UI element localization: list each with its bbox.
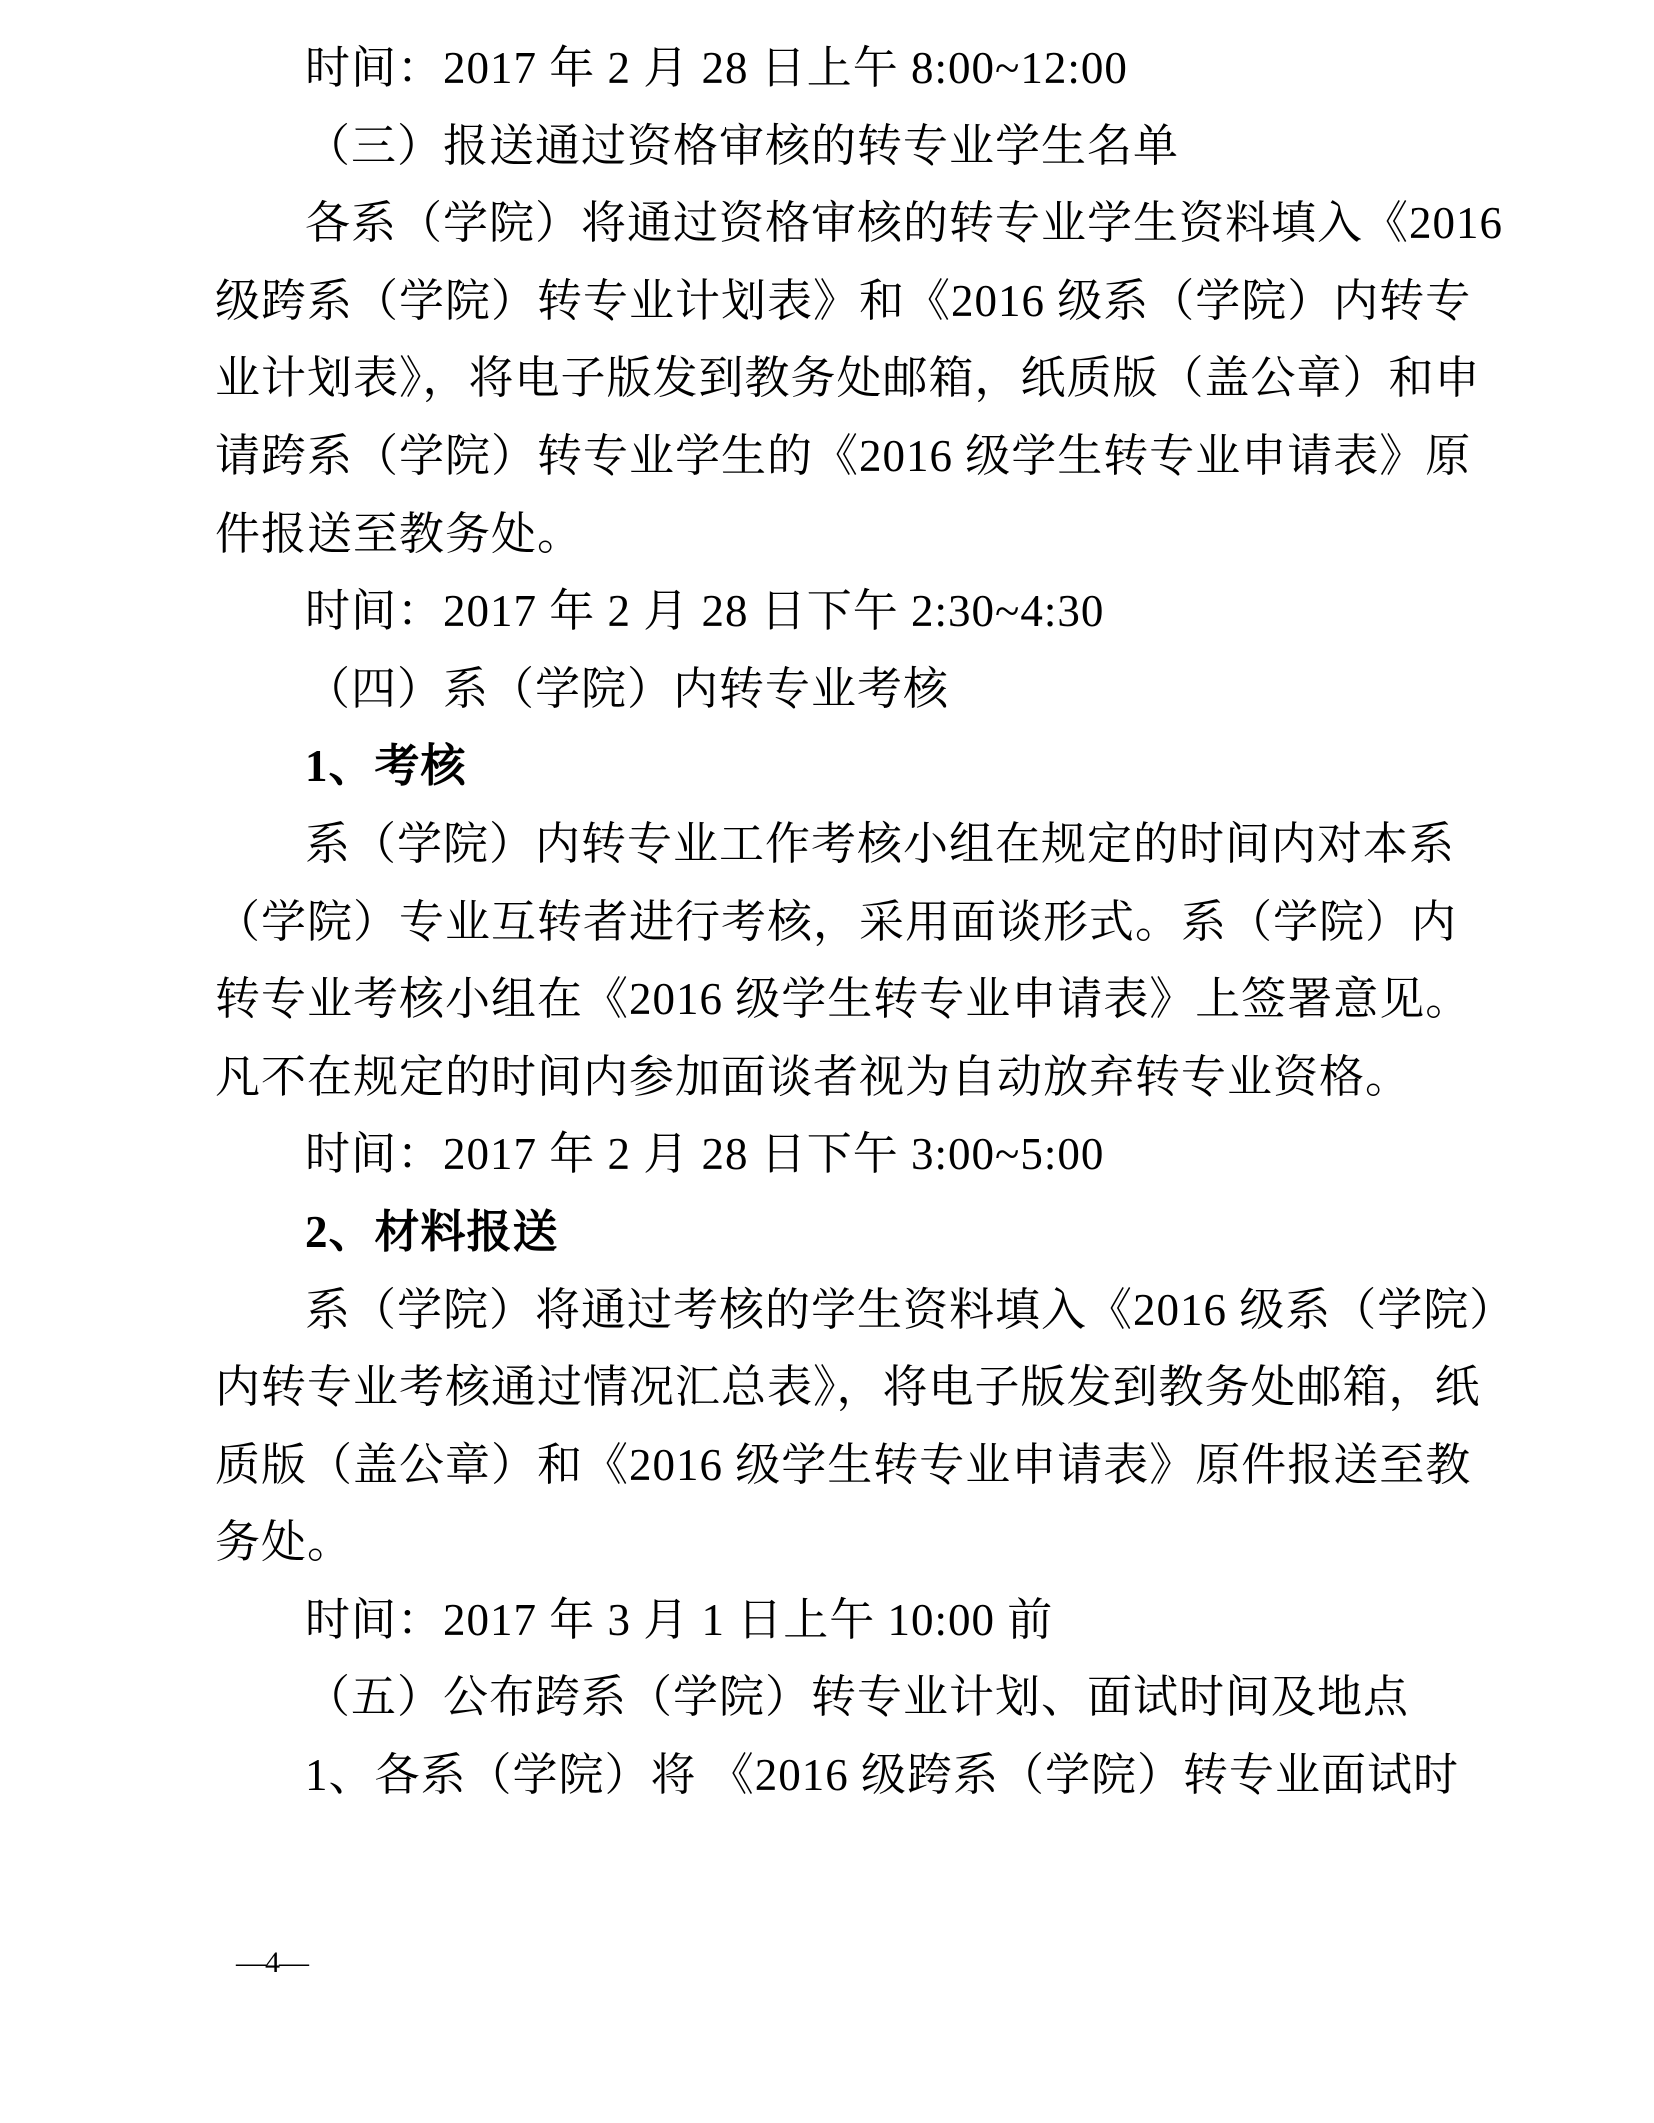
paragraph-line: 件报送至教务处。 — [215, 496, 1430, 574]
heading-section-four: （四）系（学院）内转专业考核 — [215, 651, 1430, 729]
time-line-qualification-review: 时间：2017 年 2 月 28 日上午 8:00~12:00 — [215, 30, 1430, 108]
paragraph-line: 质版（盖公章）和《2016 级学生转专业申请表》原件报送至教 — [215, 1427, 1430, 1505]
paragraph-line: 业计划表》，将电子版发到教务处邮箱，纸质版（盖公章）和申 — [215, 340, 1430, 418]
paragraph-line: （学院）专业互转者进行考核，采用面谈形式。系（学院）内 — [215, 884, 1430, 962]
paragraph-line: 系（学院）将通过考核的学生资料填入《2016 级系（学院） — [215, 1272, 1430, 1350]
paragraph-line: 系（学院）内转专业工作考核小组在规定的时间内对本系 — [215, 806, 1430, 884]
paragraph-line: 1、各系（学院）将 《2016 级跨系（学院）转专业面试时 — [215, 1737, 1430, 1815]
page-number: —4— — [236, 1943, 308, 1983]
heading-item-assessment: 1、考核 — [215, 728, 1430, 806]
heading-item-material-submission: 2、材料报送 — [215, 1194, 1430, 1272]
time-line-name-list-submission: 时间：2017 年 2 月 28 日下午 2:30~4:30 — [215, 573, 1430, 651]
paragraph-line: 务处。 — [215, 1504, 1430, 1582]
paragraph-line: 转专业考核小组在《2016 级学生转专业申请表》上签署意见。 — [215, 961, 1430, 1039]
document-body: 时间：2017 年 2 月 28 日上午 8:00~12:00 （三）报送通过资… — [215, 30, 1430, 1815]
paragraph-line: 内转专业考核通过情况汇总表》，将电子版发到教务处邮箱，纸 — [215, 1349, 1430, 1427]
time-line-deadline: 时间：2017 年 3 月 1 日上午 10:00 前 — [215, 1582, 1430, 1660]
paragraph-line: 请跨系（学院）转专业学生的《2016 级学生转专业申请表》原 — [215, 418, 1430, 496]
heading-section-five: （五）公布跨系（学院）转专业计划、面试时间及地点 — [215, 1659, 1430, 1737]
paragraph-line: 各系（学院）将通过资格审核的转专业学生资料填入《2016 — [215, 185, 1430, 263]
paragraph-line: 凡不在规定的时间内参加面谈者视为自动放弃转专业资格。 — [215, 1039, 1430, 1117]
heading-section-three: （三）报送通过资格审核的转专业学生名单 — [215, 108, 1430, 186]
paragraph-line: 级跨系（学院）转专业计划表》和《2016 级系（学院）内转专 — [215, 263, 1430, 341]
time-line-assessment: 时间：2017 年 2 月 28 日下午 3:00~5:00 — [215, 1116, 1430, 1194]
document-page: 时间：2017 年 2 月 28 日上午 8:00~12:00 （三）报送通过资… — [0, 0, 1654, 2123]
